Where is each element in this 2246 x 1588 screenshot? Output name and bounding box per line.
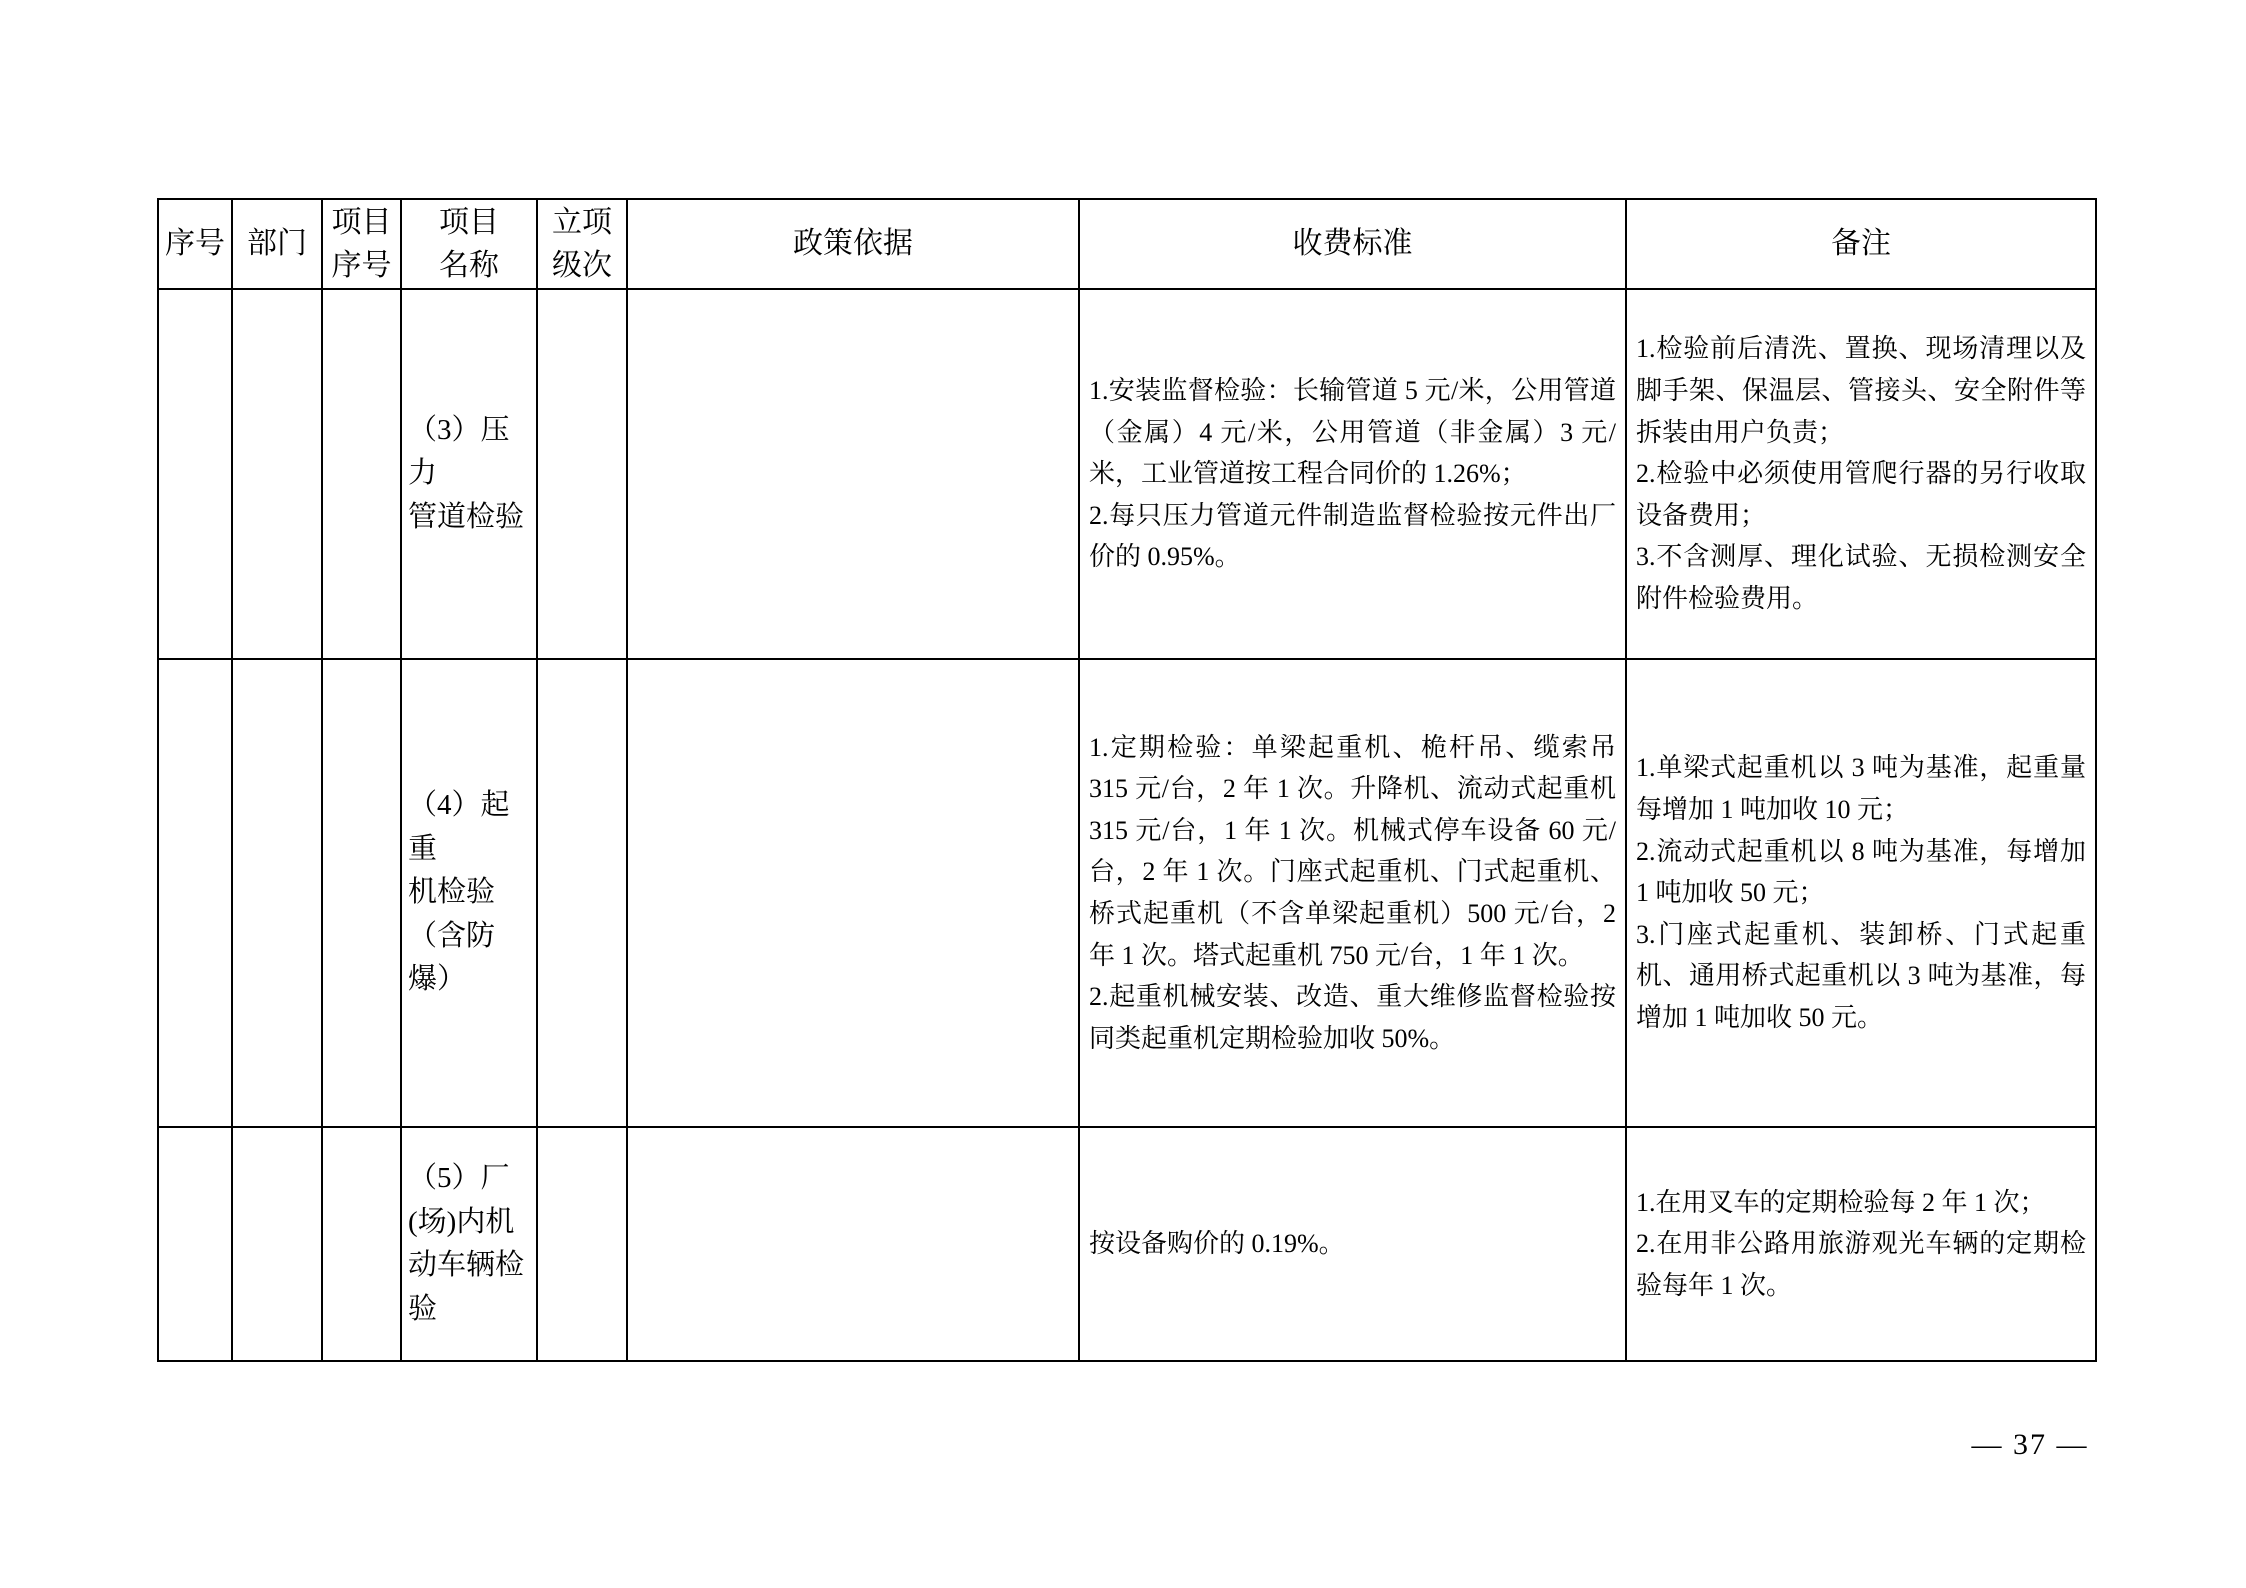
cell-policy-basis (627, 1127, 1079, 1361)
cell-policy-basis (627, 659, 1079, 1127)
header-project-name: 项目 名称 (401, 199, 537, 289)
header-serial-number: 序号 (158, 199, 232, 289)
cell-remarks: 1.检验前后清洗、置换、现场清理以及脚手架、保温层、管接头、安全附件等拆装由用户… (1626, 289, 2096, 659)
cell-department (232, 659, 322, 1127)
page-number: — 37 — (1930, 1428, 2130, 1462)
cell-approval-level (537, 289, 627, 659)
cell-project-number (322, 289, 401, 659)
fee-standards-table: 序号 部门 项目 序号 项目 名称 立项 级次 政策依据 收费标准 备注 （3）… (157, 198, 2097, 1362)
cell-project-number (322, 659, 401, 1127)
header-department: 部门 (232, 199, 322, 289)
header-approval-level: 立项 级次 (537, 199, 627, 289)
header-project-number: 项目 序号 (322, 199, 401, 289)
cell-serial-number (158, 289, 232, 659)
table-row-crane-inspection: （4）起重 机检验 （含防 爆） 1.定期检验：单梁起重机、桅杆吊、缆索吊 31… (158, 659, 2096, 1127)
header-policy-basis: 政策依据 (627, 199, 1079, 289)
cell-fee-standard: 1.定期检验：单梁起重机、桅杆吊、缆索吊 315 元/台，2 年 1 次。升降机… (1079, 659, 1626, 1127)
cell-project-number (322, 1127, 401, 1361)
table-row-pressure-pipeline-inspection: （3）压力 管道检验 1.安装监督检验：长输管道 5 元/米，公用管道（金属）4… (158, 289, 2096, 659)
cell-project-name: （5）厂 (场)内机 动车辆检 验 (401, 1127, 537, 1361)
table-row-factory-vehicle-inspection: （5）厂 (场)内机 动车辆检 验 按设备购价的 0.19%。 1.在用叉车的定… (158, 1127, 2096, 1361)
cell-remarks: 1.单梁式起重机以 3 吨为基准，起重量每增加 1 吨加收 10 元； 2.流动… (1626, 659, 2096, 1127)
cell-department (232, 289, 322, 659)
header-row: 序号 部门 项目 序号 项目 名称 立项 级次 政策依据 收费标准 备注 (158, 199, 2096, 289)
cell-serial-number (158, 1127, 232, 1361)
cell-project-name: （4）起重 机检验 （含防 爆） (401, 659, 537, 1127)
cell-fee-standard: 按设备购价的 0.19%。 (1079, 1127, 1626, 1361)
cell-fee-standard: 1.安装监督检验：长输管道 5 元/米，公用管道（金属）4 元/米，公用管道（非… (1079, 289, 1626, 659)
header-remarks: 备注 (1626, 199, 2096, 289)
cell-approval-level (537, 659, 627, 1127)
cell-approval-level (537, 1127, 627, 1361)
cell-serial-number (158, 659, 232, 1127)
document-page: 序号 部门 项目 序号 项目 名称 立项 级次 政策依据 收费标准 备注 （3）… (0, 0, 2246, 1588)
cell-department (232, 1127, 322, 1361)
header-fee-standard: 收费标准 (1079, 199, 1626, 289)
cell-project-name: （3）压力 管道检验 (401, 289, 537, 659)
cell-policy-basis (627, 289, 1079, 659)
cell-remarks: 1.在用叉车的定期检验每 2 年 1 次； 2.在用非公路用旅游观光车辆的定期检… (1626, 1127, 2096, 1361)
